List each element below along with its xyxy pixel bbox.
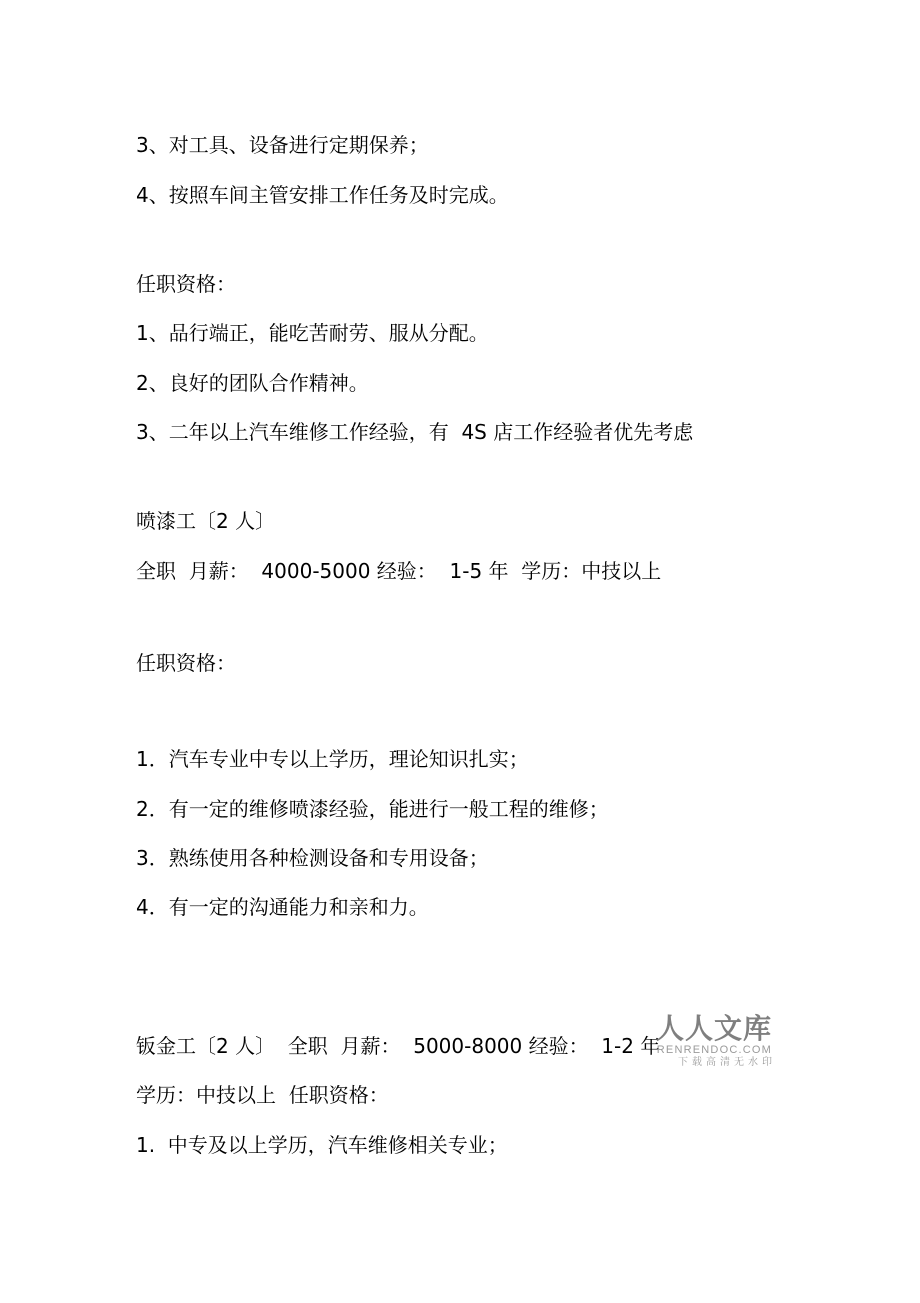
duty-item: 4、按照车间主管安排工作任务及时完成。: [136, 183, 509, 207]
requirement-item: 2、良好的团队合作精神。: [136, 371, 369, 395]
job-title-sheet-metal: 钣金工〔2 人〕 全职 月薪： 5000-8000 经验： 1-2 年: [136, 1034, 660, 1058]
job-summary-painter: 全职 月薪： 4000-5000 经验： 1-5 年 学历：中技以上: [136, 559, 661, 583]
duty-item: 3、对工具、设备进行定期保养；: [136, 133, 429, 157]
watermark-url: RENRENDOC.COM: [648, 1044, 772, 1056]
requirement-item: 3．熟练使用各种检测设备和专用设备；: [136, 846, 489, 870]
requirement-item: 1、品行端正，能吃苦耐劳、服从分配。: [136, 321, 489, 345]
requirement-item: 4．有一定的沟通能力和亲和力。: [136, 895, 429, 919]
watermark-title: 人人文库: [648, 1014, 772, 1044]
requirements-heading: 任职资格：: [136, 272, 236, 296]
requirements-heading: 任职资格：: [136, 651, 236, 675]
requirement-item: 3、二年以上汽车维修工作经验，有 4S 店工作经验者优先考虑: [136, 420, 693, 444]
watermark-tagline: 下载高清无水印: [648, 1056, 776, 1070]
requirement-item: 2．有一定的维修喷漆经验，能进行一般工程的维修；: [136, 797, 609, 821]
requirement-item: 1. 中专及以上学历，汽车维修相关专业；: [136, 1133, 508, 1157]
watermark: 人人文库 RENRENDOC.COM 下载高清无水印: [648, 1014, 772, 1070]
requirement-item: 1．汽车专业中专以上学历，理论知识扎实；: [136, 747, 529, 771]
job-summary-sheet-metal: 学历：中技以上 任职资格：: [136, 1083, 389, 1107]
job-title-painter: 喷漆工〔2 人〕: [136, 509, 275, 533]
